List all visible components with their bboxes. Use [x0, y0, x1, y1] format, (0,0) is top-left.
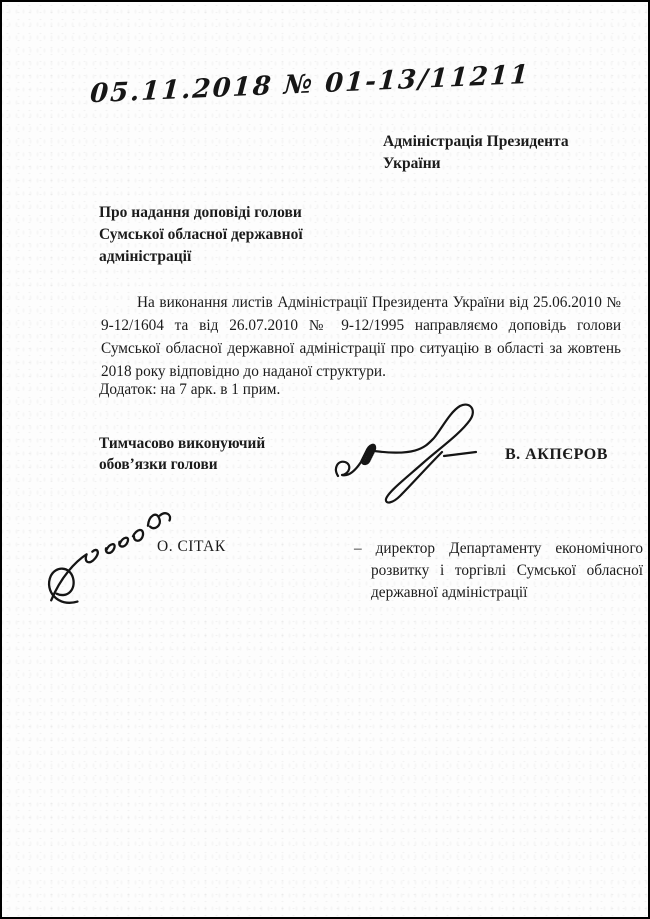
subject-line-1: Про надання доповіді голови: [99, 202, 303, 224]
subject-line-3: адміністрації: [99, 246, 303, 268]
co-signer-name: О. СІТАК: [157, 538, 226, 556]
sitak-signature-icon: [30, 499, 188, 616]
recipient-line-2: України: [383, 153, 569, 175]
subject-block: Про надання доповіді голови Сумської обл…: [99, 202, 303, 268]
handwritten-reference-number: 05.11.2018 № 01-13/11211: [89, 65, 421, 110]
recipient-block: Адміністрація Президента України: [383, 131, 569, 175]
recipient-line-1: Адміністрація Президента: [383, 131, 569, 153]
akperov-signature-icon: [330, 398, 482, 512]
acting-head-title-line-1: Тимчасово виконуючий: [99, 433, 265, 454]
body-paragraph: На виконання листів Адміністрації Презид…: [101, 291, 621, 383]
acting-head-title-line-2: обов’язки голови: [99, 454, 265, 475]
attachment-note: Додаток: на 7 арк. в 1 прим.: [99, 381, 280, 399]
co-signer-role: – директор Департаменту економічного роз…: [354, 538, 643, 604]
acting-head-title: Тимчасово виконуючий обов’язки голови: [99, 433, 265, 475]
subject-line-2: Сумської обласної державної: [99, 224, 303, 246]
scanned-letter-page: 05.11.2018 № 01-13/11211 Адміністрація П…: [0, 0, 650, 919]
acting-head-name: В. АКПЄРОВ: [505, 446, 608, 464]
